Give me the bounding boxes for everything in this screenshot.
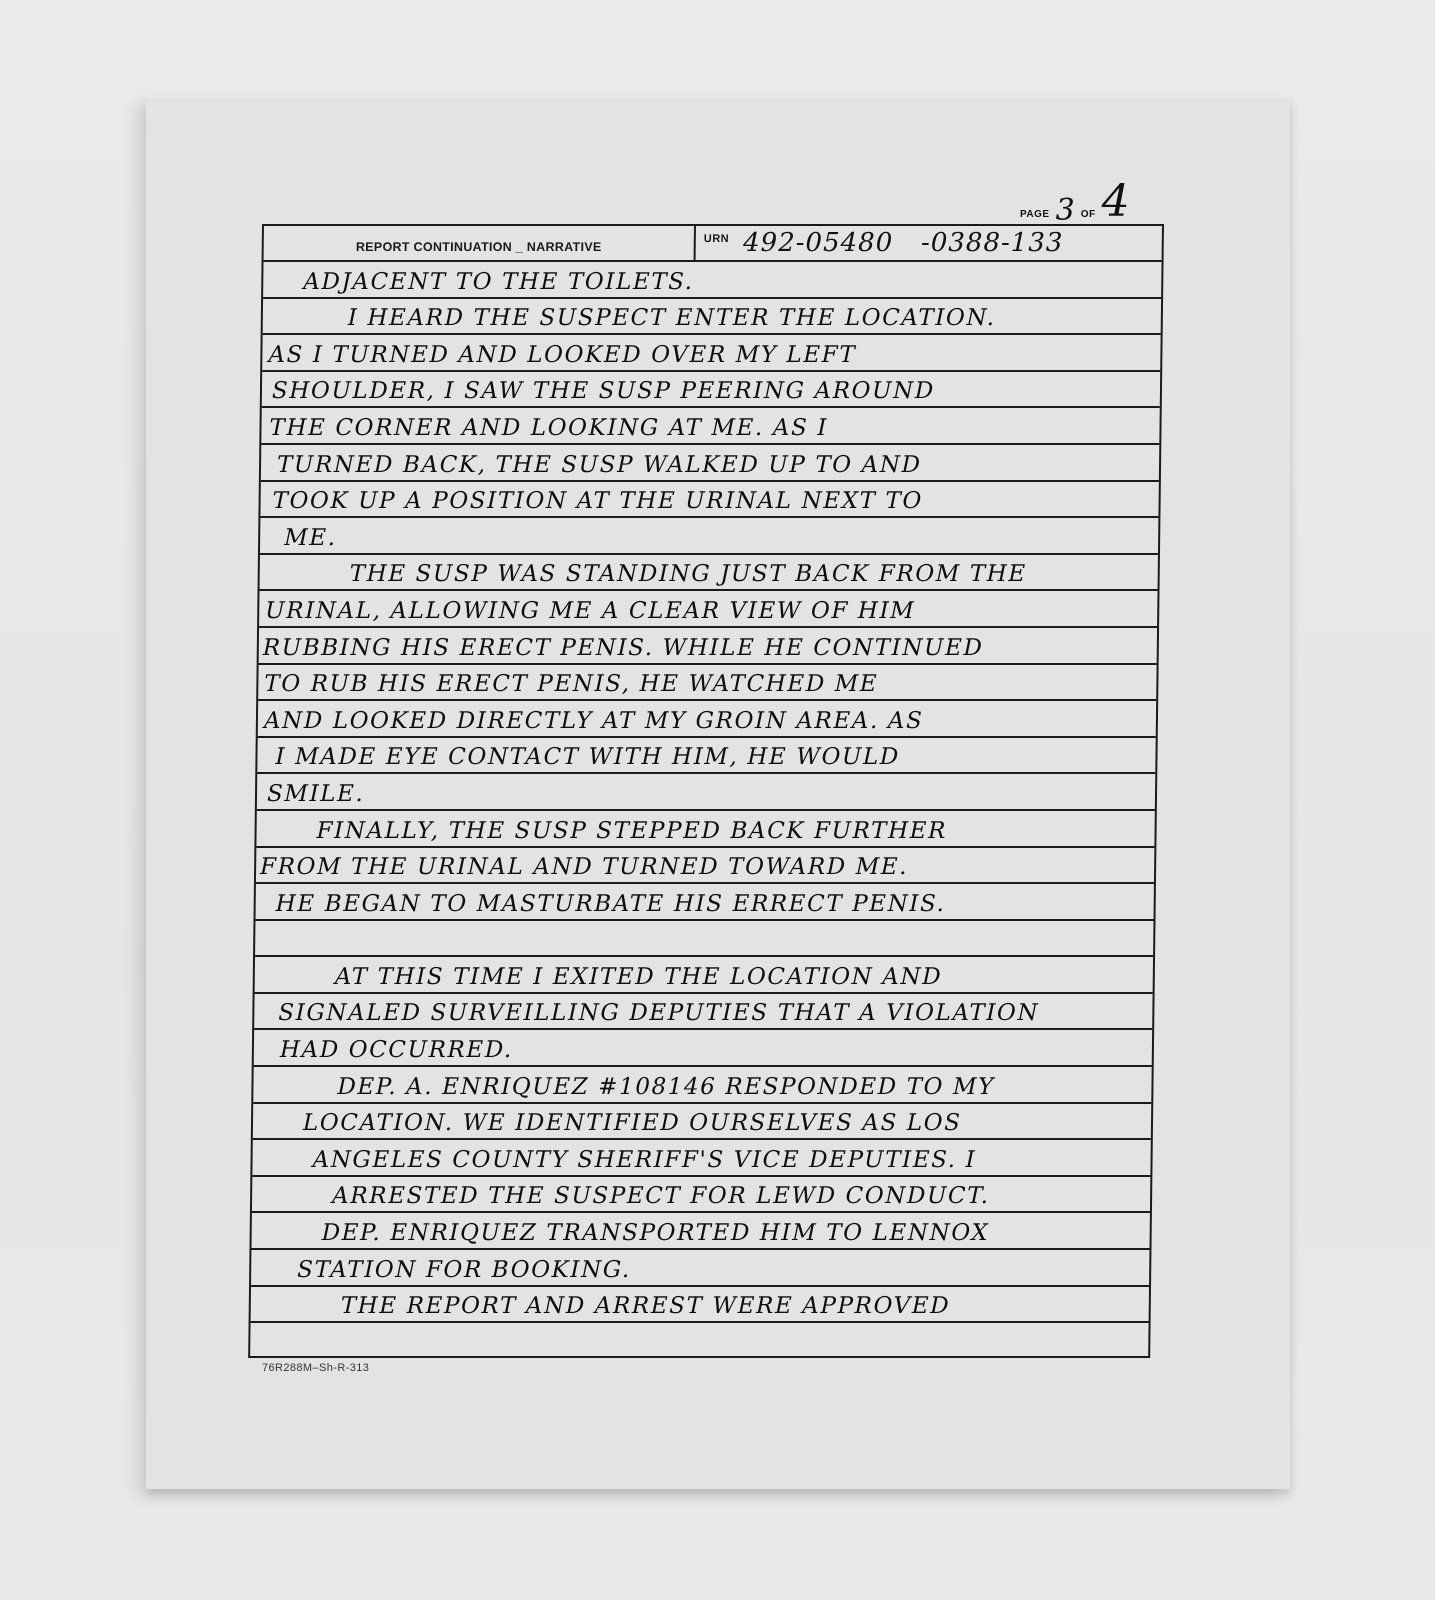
narrative-line: Dep. A. Enriquez #108146 responded to my bbox=[253, 1067, 1151, 1104]
narrative-line: He began to masturbate his errect penis. bbox=[255, 884, 1153, 921]
handwritten-text: The susp was standing just back from the bbox=[350, 563, 1027, 586]
narrative-line: The report and arrest were approved bbox=[251, 1287, 1149, 1324]
handwritten-text: took up a position at the urinal next to bbox=[272, 490, 923, 513]
page-of-label: OF bbox=[1081, 209, 1096, 220]
handwritten-text: Angeles County Sheriff's Vice Deputies. … bbox=[312, 1149, 976, 1172]
page-total: 4 bbox=[1102, 180, 1130, 224]
handwritten-text: shoulder, I saw the susp peering around bbox=[272, 380, 935, 403]
narrative-line: Adjacent to the toilets. bbox=[263, 262, 1161, 299]
handwritten-text: As I turned and looked over my left bbox=[268, 344, 856, 367]
handwritten-text: He began to masturbate his errect penis. bbox=[276, 893, 946, 916]
handwritten-text: station for booking. bbox=[297, 1259, 631, 1282]
narrative-line: I heard the suspect enter the location. bbox=[263, 299, 1161, 336]
narrative-line: arrested the suspect for lewd conduct. bbox=[252, 1177, 1150, 1214]
handwritten-text: The report and arrest were approved bbox=[341, 1295, 951, 1318]
handwritten-text: from the urinal and turned toward me. bbox=[260, 856, 908, 879]
narrative-line: and looked directly at my groin area. As bbox=[258, 701, 1156, 738]
handwritten-text: arrested the suspect for lewd conduct. bbox=[332, 1185, 990, 1208]
page-current: 3 bbox=[1056, 196, 1075, 226]
narrative-line: urinal, allowing me a clear view of him bbox=[259, 591, 1157, 628]
narrative-line: turned back, the susp walked up to and bbox=[261, 445, 1159, 482]
report-continuation-form: REPORT CONTINUATION _ NARRATIVE URN 492-… bbox=[248, 224, 1164, 1358]
narrative-line: took up a position at the urinal next to bbox=[260, 482, 1158, 519]
narrative-line-empty bbox=[250, 1323, 1148, 1360]
narrative-line: signaled surveilling deputies that a vio… bbox=[254, 994, 1152, 1031]
narrative-line: Angeles County Sheriff's Vice Deputies. … bbox=[252, 1140, 1150, 1177]
handwritten-text: Finally, the susp stepped back further bbox=[316, 820, 947, 843]
handwritten-text: me. bbox=[284, 527, 337, 550]
handwritten-text: I heard the suspect enter the location. bbox=[348, 307, 996, 330]
handwritten-text: I made eye contact with him, he would bbox=[275, 746, 900, 769]
urn-value: 492-05480 -0388-133 bbox=[743, 228, 1064, 258]
handwritten-text: smile. bbox=[267, 783, 365, 806]
handwritten-text: Adjacent to the toilets. bbox=[303, 271, 694, 294]
form-code: 76R288M–Sh-R-313 bbox=[262, 1362, 369, 1374]
handwritten-text: had occurred. bbox=[280, 1039, 513, 1062]
narrative-line: Finally, the susp stepped back further bbox=[256, 811, 1154, 848]
narrative-line: smile. bbox=[257, 774, 1155, 811]
narrative-line: had occurred. bbox=[254, 1030, 1152, 1067]
narrative-line: Dep. Enriquez transported him to Lennox bbox=[251, 1213, 1149, 1250]
narrative-line: At this time I exited the location and bbox=[255, 957, 1153, 994]
form-header: REPORT CONTINUATION _ NARRATIVE URN 492-… bbox=[264, 226, 1162, 262]
handwritten-text: to rub his erect penis, he watched me bbox=[264, 673, 878, 696]
handwritten-text: location. We identified ourselves as Los bbox=[303, 1112, 962, 1135]
narrative-line: location. We identified ourselves as Los bbox=[253, 1104, 1151, 1141]
narrative-line: to rub his erect penis, he watched me bbox=[258, 665, 1156, 702]
narrative-line: from the urinal and turned toward me. bbox=[256, 848, 1154, 885]
narrative-line: me. bbox=[260, 518, 1158, 555]
narrative-line: rubbing his erect penis. While he contin… bbox=[259, 628, 1157, 665]
handwritten-text: the corner and looking at me. As I bbox=[269, 417, 828, 440]
narrative-line: station for booking. bbox=[251, 1250, 1149, 1287]
narrative-line: I made eye contact with him, he would bbox=[257, 738, 1155, 775]
handwritten-text: Dep. Enriquez transported him to Lennox bbox=[322, 1222, 990, 1245]
form-title: REPORT CONTINUATION _ NARRATIVE bbox=[264, 226, 696, 260]
urn-field: URN 492-05480 -0388-133 bbox=[696, 226, 1162, 260]
urn-label: URN bbox=[704, 233, 729, 245]
handwritten-text: rubbing his erect penis. While he contin… bbox=[263, 637, 984, 660]
narrative-line: the corner and looking at me. As I bbox=[261, 408, 1159, 445]
handwritten-text: Dep. A. Enriquez #108146 responded to my bbox=[337, 1076, 995, 1099]
handwritten-text: and looked directly at my groin area. As bbox=[264, 710, 924, 733]
handwritten-text: urinal, allowing me a clear view of him bbox=[265, 600, 915, 623]
page-indicator: PAGE 3 OF 4 bbox=[1020, 176, 1130, 226]
narrative-line: The susp was standing just back from the bbox=[260, 555, 1158, 592]
handwritten-text: signaled surveilling deputies that a vio… bbox=[278, 1002, 1039, 1025]
handwritten-text: turned back, the susp walked up to and bbox=[277, 454, 922, 477]
narrative-line: As I turned and looked over my left bbox=[262, 335, 1160, 372]
narrative-lines: Adjacent to the toilets.I heard the susp… bbox=[250, 262, 1161, 1360]
narrative-line: shoulder, I saw the susp peering around bbox=[262, 372, 1160, 409]
page-label: PAGE bbox=[1020, 209, 1050, 220]
handwritten-text: At this time I exited the location and bbox=[335, 966, 943, 989]
narrative-line bbox=[255, 921, 1153, 958]
